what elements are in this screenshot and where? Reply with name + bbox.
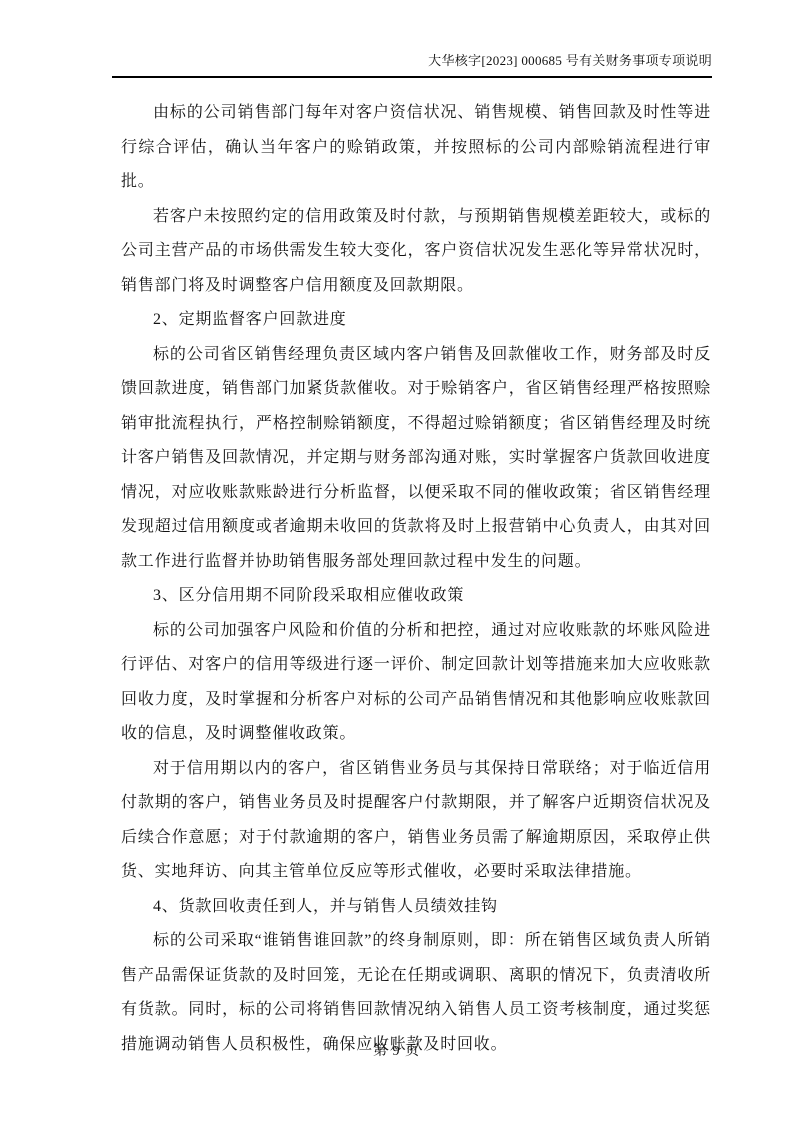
page-footer: 第 9 页: [0, 1040, 793, 1060]
paragraph-risk-analysis: 标的公司加强客户风险和价值的分析和把控，通过对应收账款的坏账风险进行评估、对客户…: [121, 614, 711, 752]
document-page: 大华核字[2023] 000685 号有关财务事项专项说明 由标的公司销售部门每…: [0, 0, 793, 1122]
paragraph-credit-period-policy: 对于信用期以内的客户，省区销售业务员与其保持日常联络；对于临近信用付款期的客户，…: [121, 752, 711, 890]
paragraph-collection-supervision: 标的公司省区销售经理负责区域内客户销售及回款催收工作，财务部及时反馈回款进度，销…: [121, 338, 711, 580]
section-heading-3: 3、区分信用期不同阶段采取相应催收政策: [121, 579, 711, 614]
document-body: 由标的公司销售部门每年对客户资信状况、销售规模、销售回款及时性等进行综合评估，确…: [121, 96, 711, 1062]
section-heading-2: 2、定期监督客户回款进度: [121, 303, 711, 338]
section-heading-4: 4、货款回收责任到人，并与销售人员绩效挂钩: [121, 890, 711, 925]
header-document-reference: 大华核字[2023] 000685 号有关财务事项专项说明: [428, 53, 712, 68]
page-header: 大华核字[2023] 000685 号有关财务事项专项说明: [112, 53, 712, 78]
paragraph-credit-adjustment: 若客户未按照约定的信用政策及时付款，与预期销售规模差距较大，或标的公司主营产品的…: [121, 200, 711, 304]
page-number: 第 9 页: [373, 1044, 420, 1059]
paragraph-credit-evaluation: 由标的公司销售部门每年对客户资信状况、销售规模、销售回款及时性等进行综合评估，确…: [121, 96, 711, 200]
